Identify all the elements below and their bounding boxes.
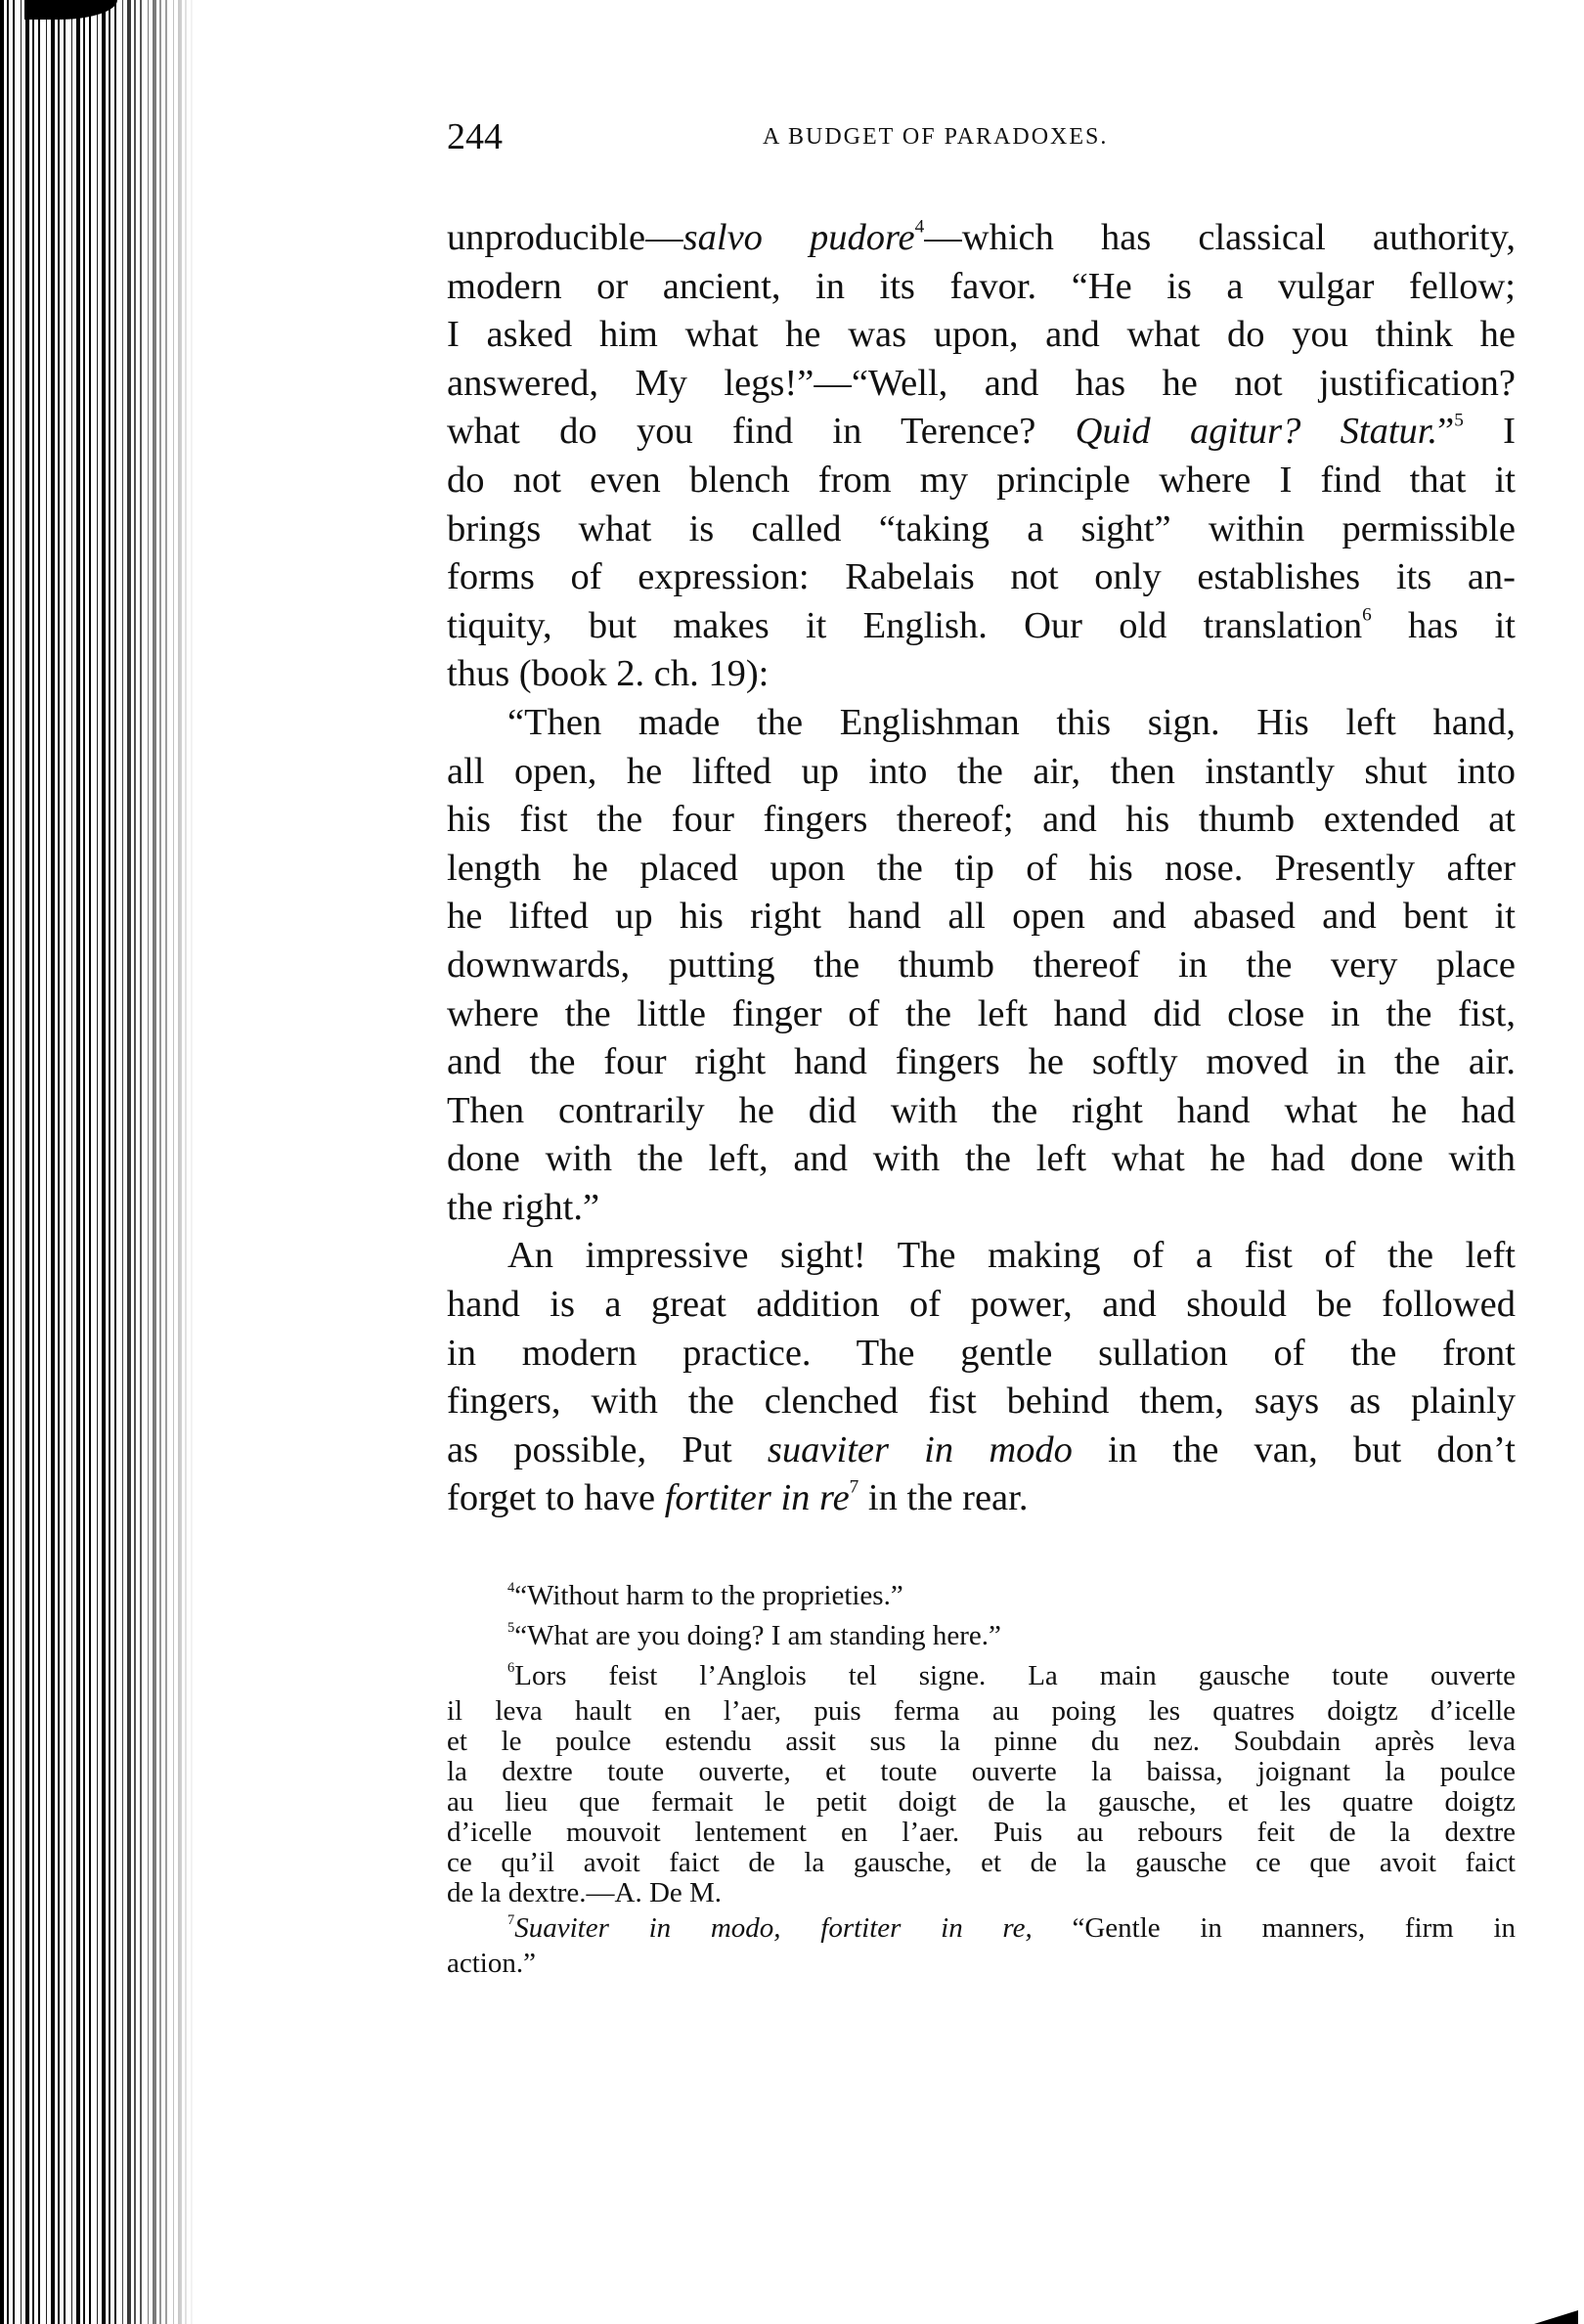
text-run: in modern practice. The gentle sullation… (447, 1333, 1516, 1374)
text-run: Then contrarily he did with the right ha… (447, 1090, 1516, 1131)
text-line: downwards, putting the thumb thereof in … (447, 942, 1516, 990)
text-run: ce qu’il avoit faict de la gausche, et d… (447, 1847, 1516, 1878)
footnote-line: action.” (447, 1949, 1516, 1979)
text-run: as possible, Put (447, 1429, 768, 1470)
book-binding-gutter (0, 0, 196, 2324)
footnote-line: ce qu’il avoit faict de la gausche, et d… (447, 1848, 1516, 1878)
text-line: he lifted up his right hand all open and… (447, 893, 1516, 942)
text-run: I asked him what he was upon, and what d… (447, 314, 1516, 355)
text-run: where the little finger of the left hand… (447, 993, 1516, 1034)
text-line: forget to have fortiter in re7 in the re… (447, 1474, 1516, 1523)
text-run: “Then made the Englishman this sign. His… (507, 702, 1516, 743)
text-run: and the four right hand fingers he softl… (447, 1041, 1516, 1082)
footnotes: 4“Without harm to the proprieties.”5“Wha… (447, 1576, 1516, 1979)
text-line: I asked him what he was upon, and what d… (447, 311, 1516, 360)
text-run: de la dextre.—A. De M. (447, 1877, 722, 1908)
text-run: —which has classical authority, (924, 217, 1516, 258)
text-run: answered, My legs!”—“Well, and has he no… (447, 363, 1516, 404)
text-run: hand is a great addition of power, and s… (447, 1284, 1516, 1325)
body-text: unproducible—salvo pudore4—which has cla… (447, 214, 1516, 1523)
text-line: fingers, with the clenched fist behind t… (447, 1378, 1516, 1426)
footnote-line: d’icelle mouvoit lentement en l’aer. Pui… (447, 1818, 1516, 1848)
footnote-marker: 7 (850, 1477, 859, 1498)
text-run: “What are you doing? I am standing here.… (514, 1620, 1001, 1651)
text-run: unproducible— (447, 217, 683, 258)
running-title: A BUDGET OF PARADOXES. (763, 121, 1108, 153)
text-line: the right.” (447, 1184, 1516, 1233)
text-line: answered, My legs!”—“Well, and has he no… (447, 360, 1516, 409)
italic-phrase: suaviter in modo (768, 1429, 1073, 1470)
italic-phrase: salvo pudore (683, 217, 915, 258)
text-run: in the van, but don’t (1073, 1429, 1516, 1470)
text-run: An impressive sight! The making of a fis… (507, 1235, 1516, 1276)
footnote-line: 5“What are you doing? I am standing here… (447, 1616, 1516, 1656)
text-run: forms of expression: Rabelais not only e… (447, 556, 1516, 597)
text-run: d’icelle mouvoit lentement en l’aer. Pui… (447, 1817, 1516, 1848)
text-run: ” (1437, 411, 1454, 452)
text-line: where the little finger of the left hand… (447, 990, 1516, 1039)
footnote-marker: 6 (1362, 604, 1372, 625)
footnote-line: 6Lors feist l’Anglois tel signe. La main… (447, 1656, 1516, 1696)
text-run: “Without harm to the proprieties.” (514, 1580, 902, 1611)
text-line: Then contrarily he did with the right ha… (447, 1087, 1516, 1136)
footnote-marker: 5 (1454, 411, 1464, 431)
text-run: the right.” (447, 1187, 599, 1228)
italic-phrase: Suaviter in modo, fortiter in re, (514, 1912, 1033, 1944)
text-line: modern or ancient, in its favor. “He is … (447, 263, 1516, 312)
text-run: “Gentle in manners, firm in (1033, 1912, 1516, 1944)
text-run: forget to have (447, 1477, 665, 1518)
text-run: brings what is called “taking a sight” w… (447, 508, 1516, 549)
text-run: tiquity, but makes it English. Our old t… (447, 605, 1362, 646)
text-run: il leva hault en l’aer, puis ferma au po… (447, 1695, 1516, 1727)
text-run: I (1464, 411, 1516, 452)
text-run: has it (1372, 605, 1516, 646)
footnote-marker: 4 (915, 217, 925, 238)
text-run: in the rear. (858, 1477, 1028, 1518)
text-line: brings what is called “taking a sight” w… (447, 505, 1516, 554)
text-run: length he placed upon the tip of his nos… (447, 848, 1516, 889)
text-line: An impressive sight! The making of a fis… (447, 1232, 1516, 1281)
text-line: tiquity, but makes it English. Our old t… (447, 602, 1516, 651)
text-line: what do you find in Terence? Quid agitur… (447, 408, 1516, 457)
text-line: in modern practice. The gentle sullation… (447, 1330, 1516, 1379)
text-line: forms of expression: Rabelais not only e… (447, 553, 1516, 602)
text-line: done with the left, and with the left wh… (447, 1135, 1516, 1184)
text-run: done with the left, and with the left wh… (447, 1138, 1516, 1179)
footnote-line: 4“Without harm to the proprieties.” (447, 1576, 1516, 1616)
footnote-line: de la dextre.—A. De M. (447, 1878, 1516, 1908)
text-line: length he placed upon the tip of his nos… (447, 845, 1516, 894)
italic-phrase: fortiter in re (665, 1477, 850, 1518)
text-run: la dextre toute ouverte, et toute ouvert… (447, 1756, 1516, 1787)
scan-corner-mark (1534, 2310, 1578, 2324)
text-run: do not even blench from my principle whe… (447, 460, 1516, 501)
text-run: modern or ancient, in its favor. “He is … (447, 266, 1516, 307)
text-run: fingers, with the clenched fist behind t… (447, 1381, 1516, 1422)
text-run: Lors feist l’Anglois tel signe. La main … (514, 1660, 1516, 1691)
footnote-line: il leva hault en l’aer, puis ferma au po… (447, 1696, 1516, 1727)
text-line: as possible, Put suaviter in modo in the… (447, 1426, 1516, 1475)
italic-phrase: Quid agitur? Statur. (1076, 411, 1438, 452)
text-line: thus (book 2. ch. 19): (447, 650, 1516, 699)
text-line: and the four right hand fingers he softl… (447, 1038, 1516, 1087)
footnote-line: et le poulce estendu assit sus la pinne … (447, 1727, 1516, 1757)
text-line: all open, he lifted up into the air, the… (447, 748, 1516, 797)
text-line: unproducible—salvo pudore4—which has cla… (447, 214, 1516, 263)
text-line: “Then made the Englishman this sign. His… (447, 699, 1516, 748)
text-run: what do you find in Terence? (447, 411, 1076, 452)
footnote-line: la dextre toute ouverte, et toute ouvert… (447, 1757, 1516, 1787)
text-line: his fist the four fingers thereof; and h… (447, 796, 1516, 845)
text-run: et le poulce estendu assit sus la pinne … (447, 1726, 1516, 1757)
text-run: thus (book 2. ch. 19): (447, 653, 769, 694)
text-line: hand is a great addition of power, and s… (447, 1281, 1516, 1330)
text-run: au lieu que fermait le petit doigt de la… (447, 1786, 1516, 1818)
text-run: he lifted up his right hand all open and… (447, 896, 1516, 937)
text-run: his fist the four fingers thereof; and h… (447, 799, 1516, 840)
text-run: downwards, putting the thumb thereof in … (447, 944, 1516, 986)
text-line: do not even blench from my principle whe… (447, 457, 1516, 505)
footnote-line: 7Suaviter in modo, fortiter in re, “Gent… (447, 1908, 1516, 1949)
text-run: action.” (447, 1948, 536, 1979)
page-number: 244 (447, 115, 503, 158)
text-run: all open, he lifted up into the air, the… (447, 751, 1516, 792)
running-head: 244 A BUDGET OF PARADOXES. (447, 115, 1516, 158)
footnote-line: au lieu que fermait le petit doigt de la… (447, 1787, 1516, 1818)
